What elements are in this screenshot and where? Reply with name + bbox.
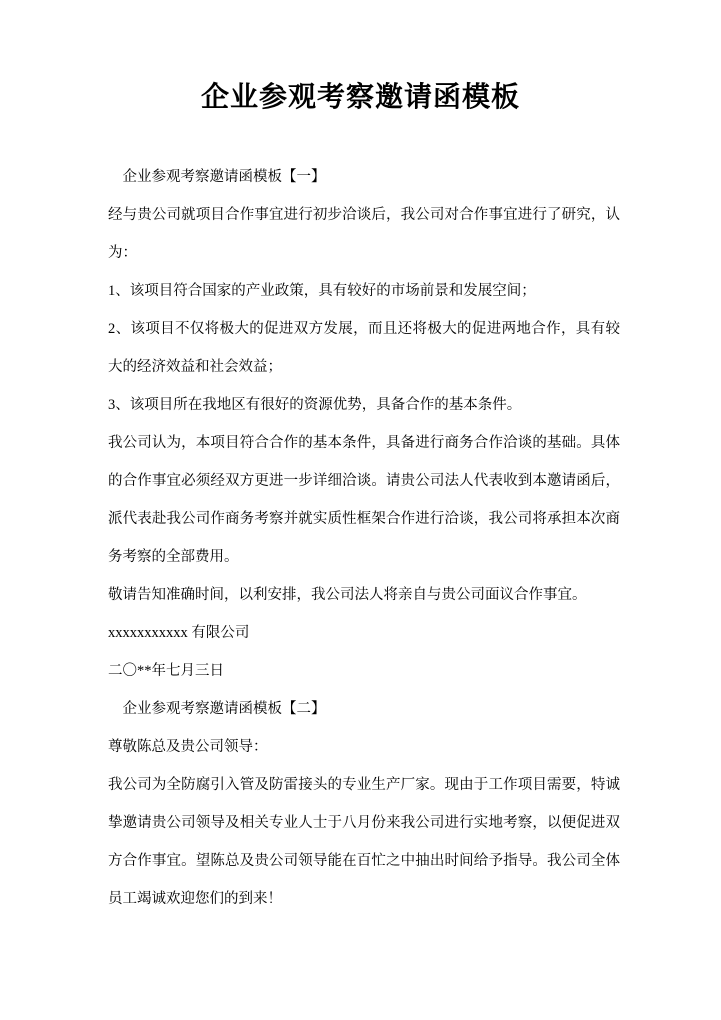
section-2-paragraph-invitation: 我公司为全防腐引入管及防雷接头的专业生产厂家。现由于工作项目需要，特诚挚邀请贵公…: [108, 766, 620, 918]
section-1-point-2: 2、该项目不仅将极大的促进双方发展，而且还将极大的促进两地合作，具有较大的经济效…: [108, 310, 620, 386]
section-1-point-3: 3、该项目所在我地区有很好的资源优势，具备合作的基本条件。: [108, 386, 620, 424]
section-1-paragraph-conclusion: 我公司认为，本项目符合合作的基本条件，具备进行商务合作洽谈的基础。具体的合作事宜…: [108, 424, 620, 576]
section-1-heading: 企业参观考察邀请函模板【一】: [108, 158, 620, 196]
document-body: 企业参观考察邀请函模板【一】 经与贵公司就项目合作事宜进行初步洽谈后，我公司对合…: [0, 158, 721, 918]
section-1-paragraph-request: 敬请告知准确时间，以利安排，我公司法人将亲自与贵公司面议合作事宜。: [108, 576, 620, 614]
section-2-salutation: 尊敬陈总及贵公司领导：: [108, 728, 620, 766]
section-1-signature-company: xxxxxxxxxxx 有限公司: [108, 614, 620, 652]
section-1-signature-date: 二〇**年七月三日: [108, 652, 620, 690]
section-1-point-1: 1、该项目符合国家的产业政策，具有较好的市场前景和发展空间；: [108, 272, 620, 310]
document-title: 企业参观考察邀请函模板: [0, 80, 721, 116]
document-page: 企业参观考察邀请函模板 企业参观考察邀请函模板【一】 经与贵公司就项目合作事宜进…: [0, 0, 721, 1020]
section-1-paragraph-intro: 经与贵公司就项目合作事宜进行初步洽谈后，我公司对合作事宜进行了研究，认为：: [108, 196, 620, 272]
section-2-heading: 企业参观考察邀请函模板【二】: [108, 690, 620, 728]
